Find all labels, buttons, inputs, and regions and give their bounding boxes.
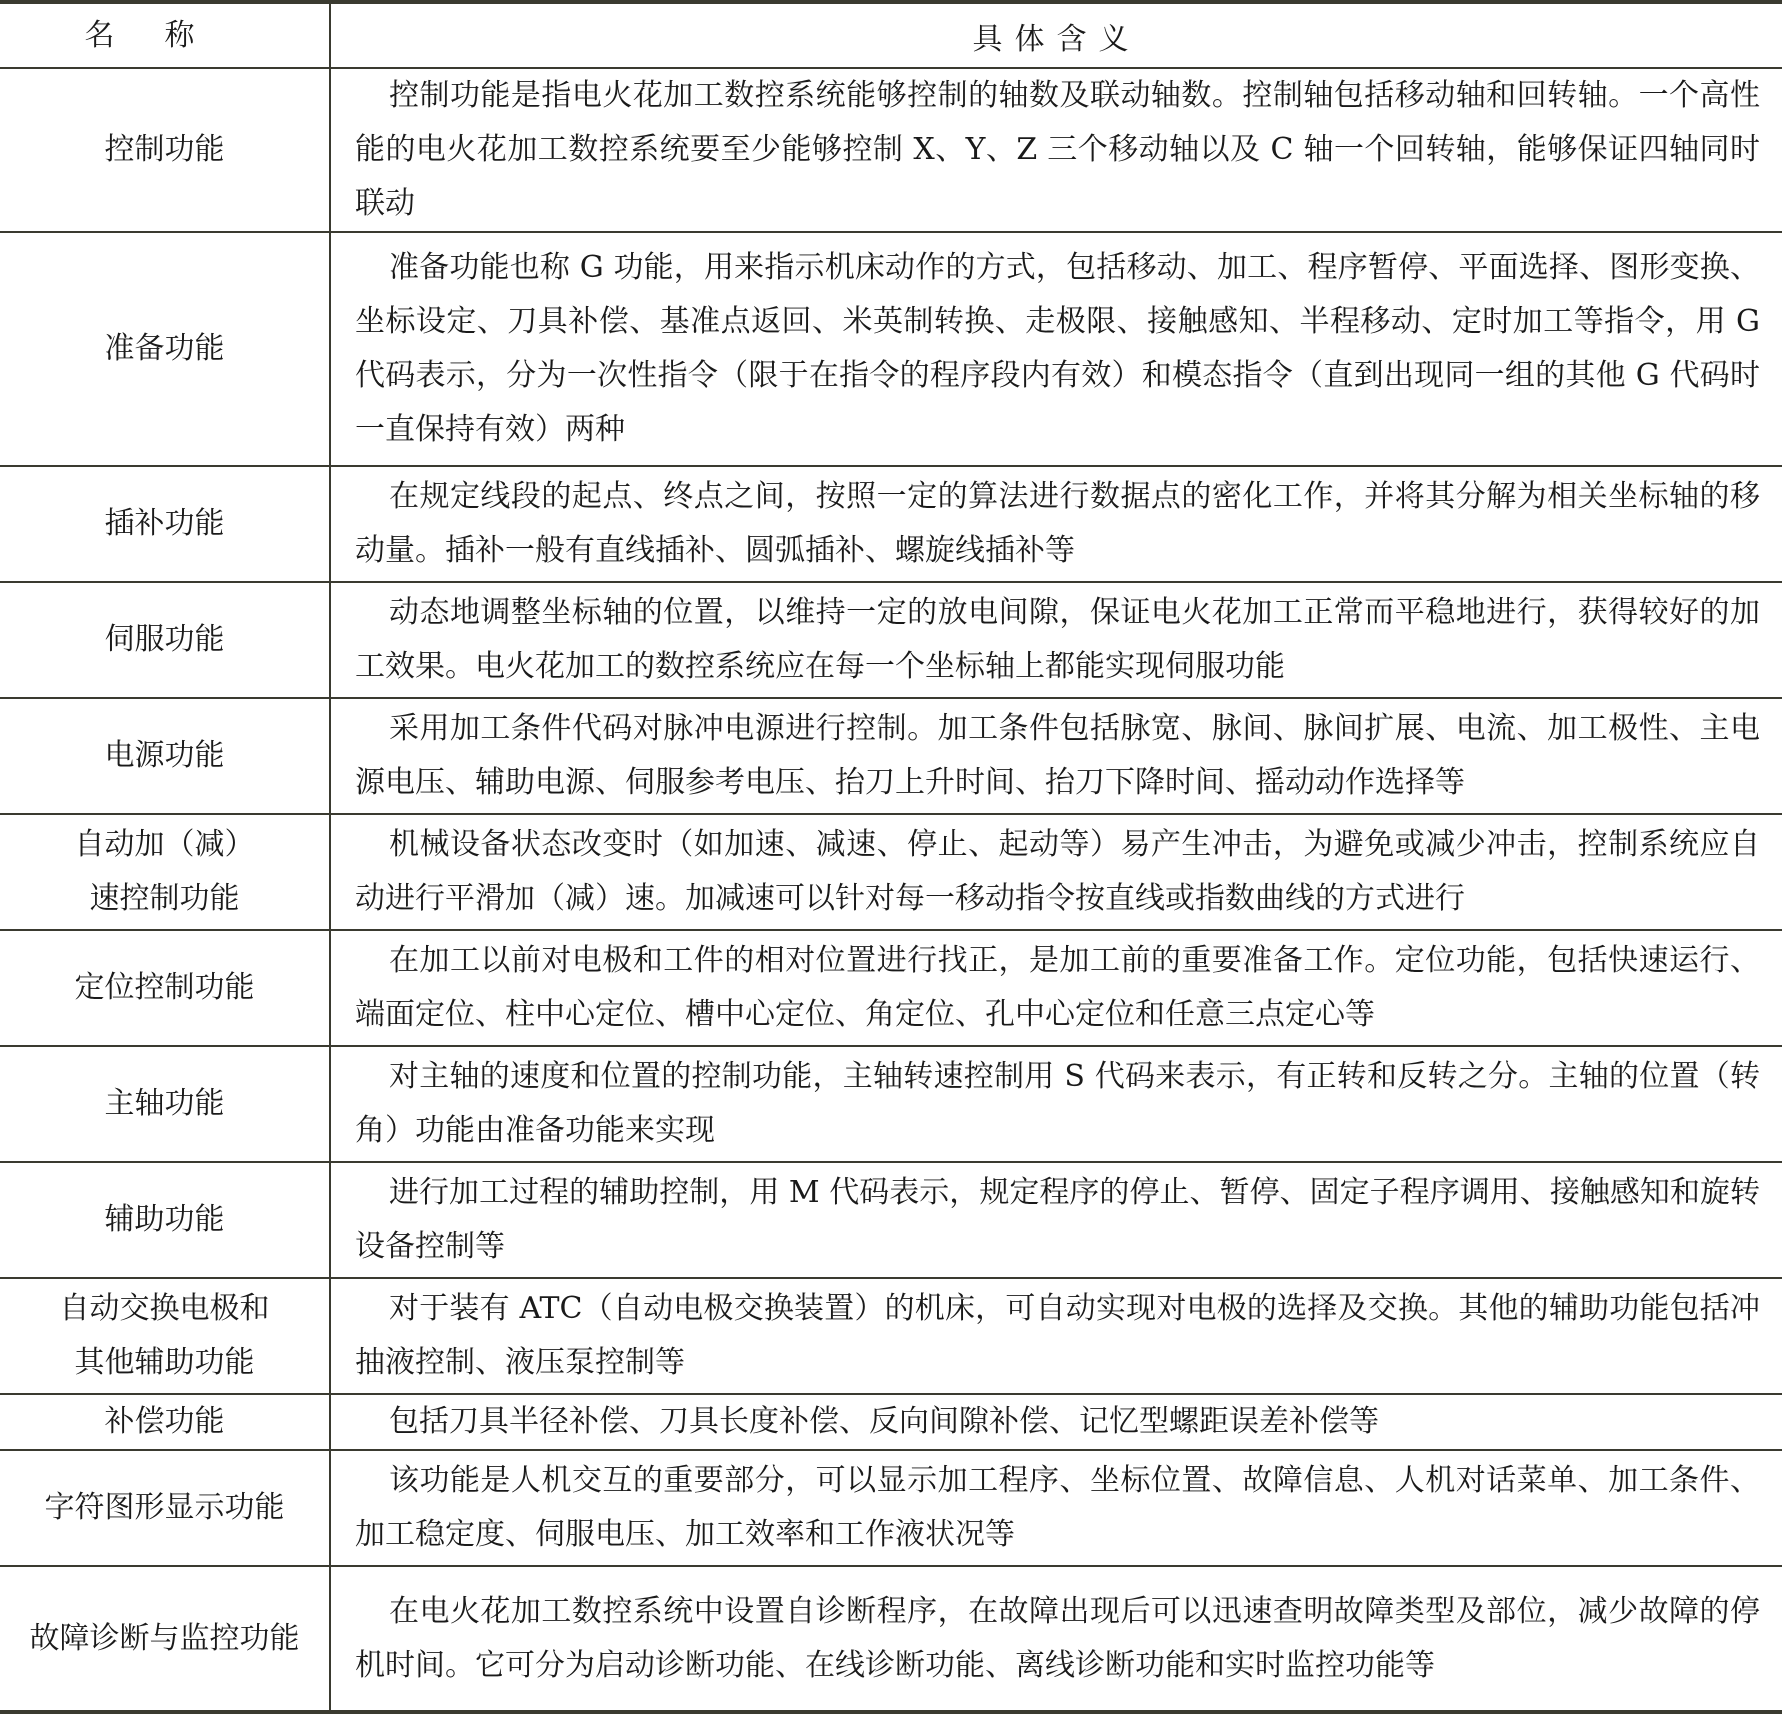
row-meaning-cell: 在电火花加工数控系统中设置自诊断程序，在故障出现后可以迅速查明故障类型及部位，减… bbox=[330, 1566, 1782, 1712]
table-row: 故障诊断与监控功能在电火花加工数控系统中设置自诊断程序，在故障出现后可以迅速查明… bbox=[0, 1566, 1782, 1712]
row-meaning-cell: 包括刀具半径补偿、刀具长度补偿、反向间隙补偿、记忆型螺距误差补偿等 bbox=[330, 1394, 1782, 1450]
table-row: 字符图形显示功能该功能是人机交互的重要部分，可以显示加工程序、坐标位置、故障信息… bbox=[0, 1450, 1782, 1566]
table-row: 辅助功能进行加工过程的辅助控制，用 M 代码表示，规定程序的停止、暂停、固定子程… bbox=[0, 1162, 1782, 1278]
row-name-cell: 电源功能 bbox=[0, 698, 330, 814]
row-name-cell: 故障诊断与监控功能 bbox=[0, 1566, 330, 1712]
table-row: 电源功能采用加工条件代码对脉冲电源进行控制。加工条件包括脉宽、脉间、脉间扩展、电… bbox=[0, 698, 1782, 814]
table-row: 自动加（减）速控制功能机械设备状态改变时（如加速、减速、停止、起动等）易产生冲击… bbox=[0, 814, 1782, 930]
row-meaning-cell: 在规定线段的起点、终点之间，按照一定的算法进行数据点的密化工作，并将其分解为相关… bbox=[330, 466, 1782, 582]
row-name-line: 自动交换电极和 bbox=[0, 1282, 329, 1336]
function-table: 名称 具体含义 控制功能控制功能是指电火花加工数控系统能够控制的轴数及联动轴数。… bbox=[0, 0, 1782, 1714]
row-name-line: 速控制功能 bbox=[0, 872, 329, 926]
table-row: 控制功能控制功能是指电火花加工数控系统能够控制的轴数及联动轴数。控制轴包括移动轴… bbox=[0, 68, 1782, 232]
row-name-cell: 插补功能 bbox=[0, 466, 330, 582]
row-name-cell: 伺服功能 bbox=[0, 582, 330, 698]
table-row: 准备功能准备功能也称 G 功能，用来指示机床动作的方式，包括移动、加工、程序暂停… bbox=[0, 232, 1782, 466]
row-meaning-cell: 进行加工过程的辅助控制，用 M 代码表示，规定程序的停止、暂停、固定子程序调用、… bbox=[330, 1162, 1782, 1278]
header-meaning: 具体含义 bbox=[330, 2, 1782, 68]
row-name-cell: 自动加（减）速控制功能 bbox=[0, 814, 330, 930]
header-name: 名称 bbox=[0, 2, 330, 68]
row-name-cell: 准备功能 bbox=[0, 232, 330, 466]
row-name-cell: 控制功能 bbox=[0, 68, 330, 232]
row-name-line: 自动加（减） bbox=[0, 818, 329, 872]
row-meaning-cell: 该功能是人机交互的重要部分，可以显示加工程序、坐标位置、故障信息、人机对话菜单、… bbox=[330, 1450, 1782, 1566]
table-row: 主轴功能对主轴的速度和位置的控制功能，主轴转速控制用 S 代码来表示，有正转和反… bbox=[0, 1046, 1782, 1162]
row-name-cell: 字符图形显示功能 bbox=[0, 1450, 330, 1566]
table-body: 控制功能控制功能是指电火花加工数控系统能够控制的轴数及联动轴数。控制轴包括移动轴… bbox=[0, 68, 1782, 1712]
row-name-cell: 定位控制功能 bbox=[0, 930, 330, 1046]
row-name-cell: 主轴功能 bbox=[0, 1046, 330, 1162]
row-meaning-cell: 动态地调整坐标轴的位置，以维持一定的放电间隙，保证电火花加工正常而平稳地进行，获… bbox=[330, 582, 1782, 698]
table-row: 自动交换电极和其他辅助功能对于装有 ATC（自动电极交换装置）的机床，可自动实现… bbox=[0, 1278, 1782, 1394]
row-meaning-cell: 对主轴的速度和位置的控制功能，主轴转速控制用 S 代码来表示，有正转和反转之分。… bbox=[330, 1046, 1782, 1162]
table-row: 插补功能在规定线段的起点、终点之间，按照一定的算法进行数据点的密化工作，并将其分… bbox=[0, 466, 1782, 582]
table-row: 补偿功能包括刀具半径补偿、刀具长度补偿、反向间隙补偿、记忆型螺距误差补偿等 bbox=[0, 1394, 1782, 1450]
row-meaning-cell: 在加工以前对电极和工件的相对位置进行找正，是加工前的重要准备工作。定位功能，包括… bbox=[330, 930, 1782, 1046]
table-header-row: 名称 具体含义 bbox=[0, 2, 1782, 68]
row-meaning-cell: 对于装有 ATC（自动电极交换装置）的机床，可自动实现对电极的选择及交换。其他的… bbox=[330, 1278, 1782, 1394]
row-name-cell: 辅助功能 bbox=[0, 1162, 330, 1278]
row-meaning-cell: 准备功能也称 G 功能，用来指示机床动作的方式，包括移动、加工、程序暂停、平面选… bbox=[330, 232, 1782, 466]
table-row: 定位控制功能在加工以前对电极和工件的相对位置进行找正，是加工前的重要准备工作。定… bbox=[0, 930, 1782, 1046]
row-meaning-cell: 机械设备状态改变时（如加速、减速、停止、起动等）易产生冲击，为避免或减少冲击，控… bbox=[330, 814, 1782, 930]
header-name-label: 名称 bbox=[85, 18, 245, 53]
row-name-cell: 补偿功能 bbox=[0, 1394, 330, 1450]
row-name-cell: 自动交换电极和其他辅助功能 bbox=[0, 1278, 330, 1394]
row-name-line: 其他辅助功能 bbox=[0, 1336, 329, 1390]
row-meaning-cell: 控制功能是指电火花加工数控系统能够控制的轴数及联动轴数。控制轴包括移动轴和回转轴… bbox=[330, 68, 1782, 232]
table-row: 伺服功能动态地调整坐标轴的位置，以维持一定的放电间隙，保证电火花加工正常而平稳地… bbox=[0, 582, 1782, 698]
row-meaning-cell: 采用加工条件代码对脉冲电源进行控制。加工条件包括脉宽、脉间、脉间扩展、电流、加工… bbox=[330, 698, 1782, 814]
